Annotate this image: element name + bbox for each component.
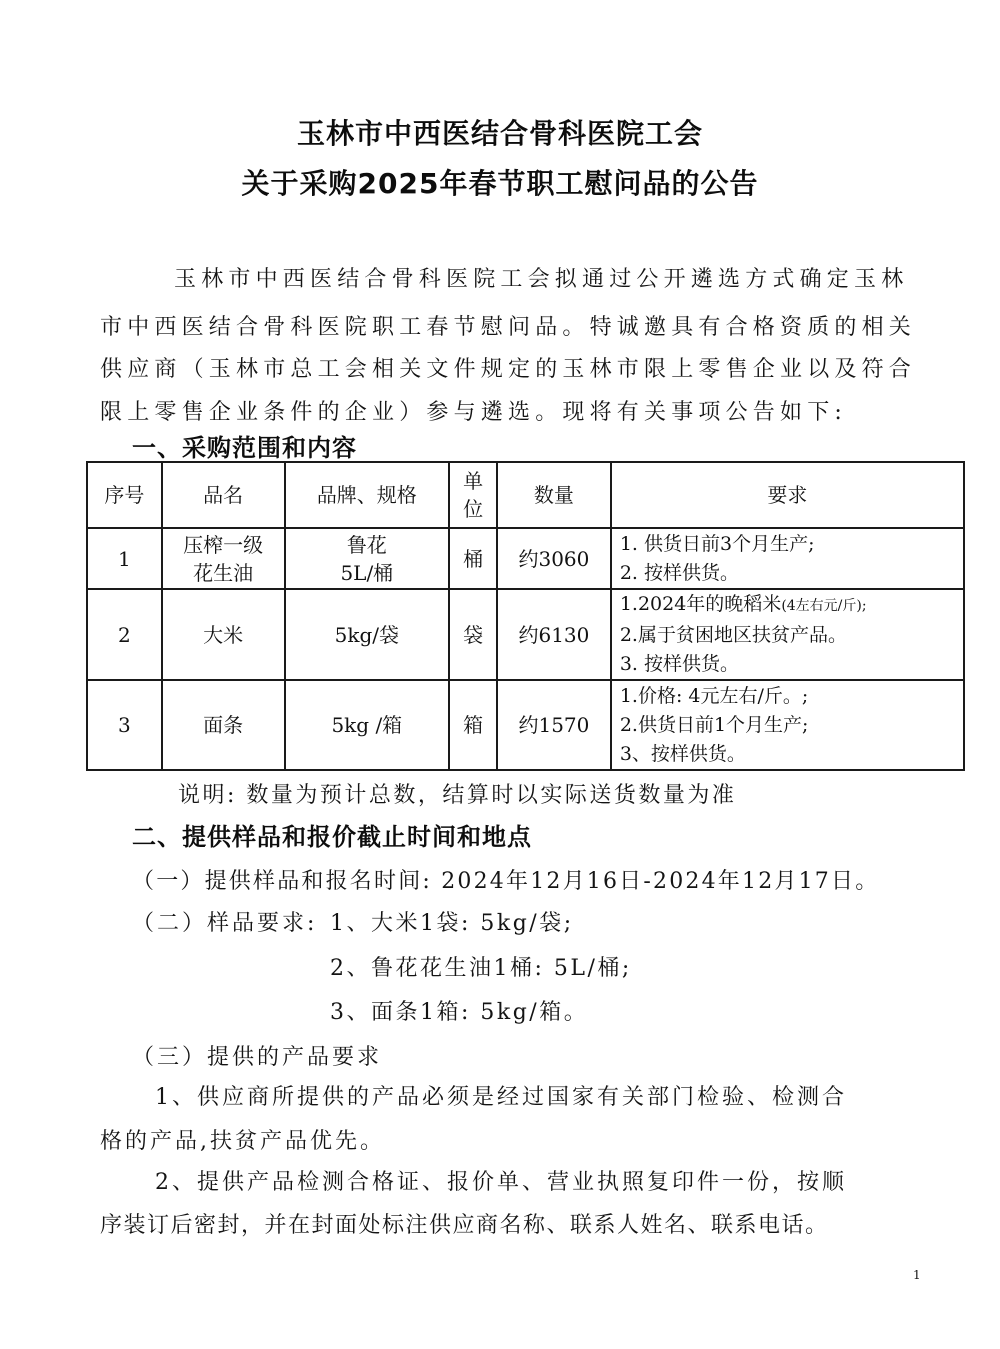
sample-item-1: 1、大米1袋: 5kg/袋; xyxy=(330,906,574,937)
sample-time: （一）提供样品和报名时间: 2024年12月16日-2024年12月17日。 xyxy=(132,864,879,895)
item-requirements: 1. 供货日前3个月生产; 2. 按样供货。 xyxy=(611,528,964,589)
table-row: 1 压榨一级 花生油 鲁花 5L/桶 桶 约3060 1. 供货日前3个月生产;… xyxy=(87,528,964,589)
header-cell: 单 位 xyxy=(449,462,497,528)
page-number: 1 xyxy=(913,1268,921,1282)
row-number: 1 xyxy=(87,528,162,589)
title-line-1: 玉林市中西医结合骨科医院工会 xyxy=(0,112,1000,152)
title-line-2: 关于采购2025年春节职工慰问品的公告 xyxy=(0,162,1000,202)
item-name: 压榨一级 花生油 xyxy=(162,528,285,589)
requirement-2-line-1: 2、提供产品检测合格证、报价单、营业执照复印件一份，按顺 xyxy=(155,1165,847,1196)
item-name: 面条 xyxy=(162,680,285,770)
header-cell: 品名 xyxy=(162,462,285,528)
document-page: 玉林市中西医结合骨科医院工会 关于采购2025年春节职工慰问品的公告 玉林市中西… xyxy=(0,0,1000,1349)
item-unit: 桶 xyxy=(449,528,497,589)
sample-item-2: 2、鲁花花生油1桶: 5L/桶; xyxy=(330,951,632,982)
item-requirements: 1.价格: 4元左右/斤。; 2.供货日前1个月生产; 3、按样供货。 xyxy=(611,680,964,770)
requirement-2-line-2: 序装订后密封，并在封面处标注供应商名称、联系人姓名、联系电话。 xyxy=(100,1208,829,1239)
table-row: 2 大米 5kg/袋 袋 约6130 1.2024年的晚稻米(4左右元/斤); … xyxy=(87,589,964,680)
item-spec: 5kg /箱 xyxy=(285,680,450,770)
item-unit: 箱 xyxy=(449,680,497,770)
item-spec: 鲁花 5L/桶 xyxy=(285,528,450,589)
section-2-heading: 二、提供样品和报价截止时间和地点 xyxy=(132,817,532,852)
requirement-1-line-1: 1、供应商所提供的产品必须是经过国家有关部门检验、检测合 xyxy=(155,1080,847,1111)
table-row: 3 面条 5kg /箱 箱 约1570 1.价格: 4元左右/斤。; 2.供货日… xyxy=(87,680,964,770)
table-header-row: 序号 品名 品牌、规格 单 位 数量 要求 xyxy=(87,462,964,528)
sample-item-3: 3、面条1箱: 5kg/箱。 xyxy=(330,995,588,1026)
item-quantity: 约1570 xyxy=(497,680,611,770)
header-cell: 序号 xyxy=(87,462,162,528)
intro-line-2: 市中西医结合骨科医院职工春节慰问品。特诚邀具有合格资质的相关 xyxy=(100,310,916,341)
item-unit: 袋 xyxy=(449,589,497,680)
item-requirements: 1.2024年的晚稻米(4左右元/斤); 2.属于贫困地区扶贫产品。 3. 按样… xyxy=(611,589,964,680)
row-number: 2 xyxy=(87,589,162,680)
header-cell: 要求 xyxy=(611,462,964,528)
row-number: 3 xyxy=(87,680,162,770)
intro-line-4: 限上零售企业条件的企业）参与遴选。现将有关事项公告如下: xyxy=(100,395,847,426)
item-quantity: 约6130 xyxy=(497,589,611,680)
intro-line-1: 玉林市中西医结合骨科医院工会拟通过公开遴选方式确定玉林 xyxy=(174,262,908,293)
intro-line-3: 供应商（玉林市总工会相关文件规定的玉林市限上零售企业以及符合 xyxy=(100,352,916,383)
item-name: 大米 xyxy=(162,589,285,680)
item-spec: 5kg/袋 xyxy=(285,589,450,680)
table-note: 说明: 数量为预计总数，结算时以实际送货数量为准 xyxy=(178,778,736,809)
section-1-heading: 一、采购范围和内容 xyxy=(132,428,357,463)
header-cell: 品牌、规格 xyxy=(285,462,450,528)
item-quantity: 约3060 xyxy=(497,528,611,589)
requirement-1-line-2: 格的产品,扶贫产品优先。 xyxy=(100,1124,385,1155)
sample-requirements-label: （二）样品要求: xyxy=(132,906,317,937)
procurement-table: 序号 品名 品牌、规格 单 位 数量 要求 1 压榨一级 花生油 鲁花 5L/桶… xyxy=(86,461,965,771)
product-requirements-heading: （三）提供的产品要求 xyxy=(132,1040,382,1071)
header-cell: 数量 xyxy=(497,462,611,528)
